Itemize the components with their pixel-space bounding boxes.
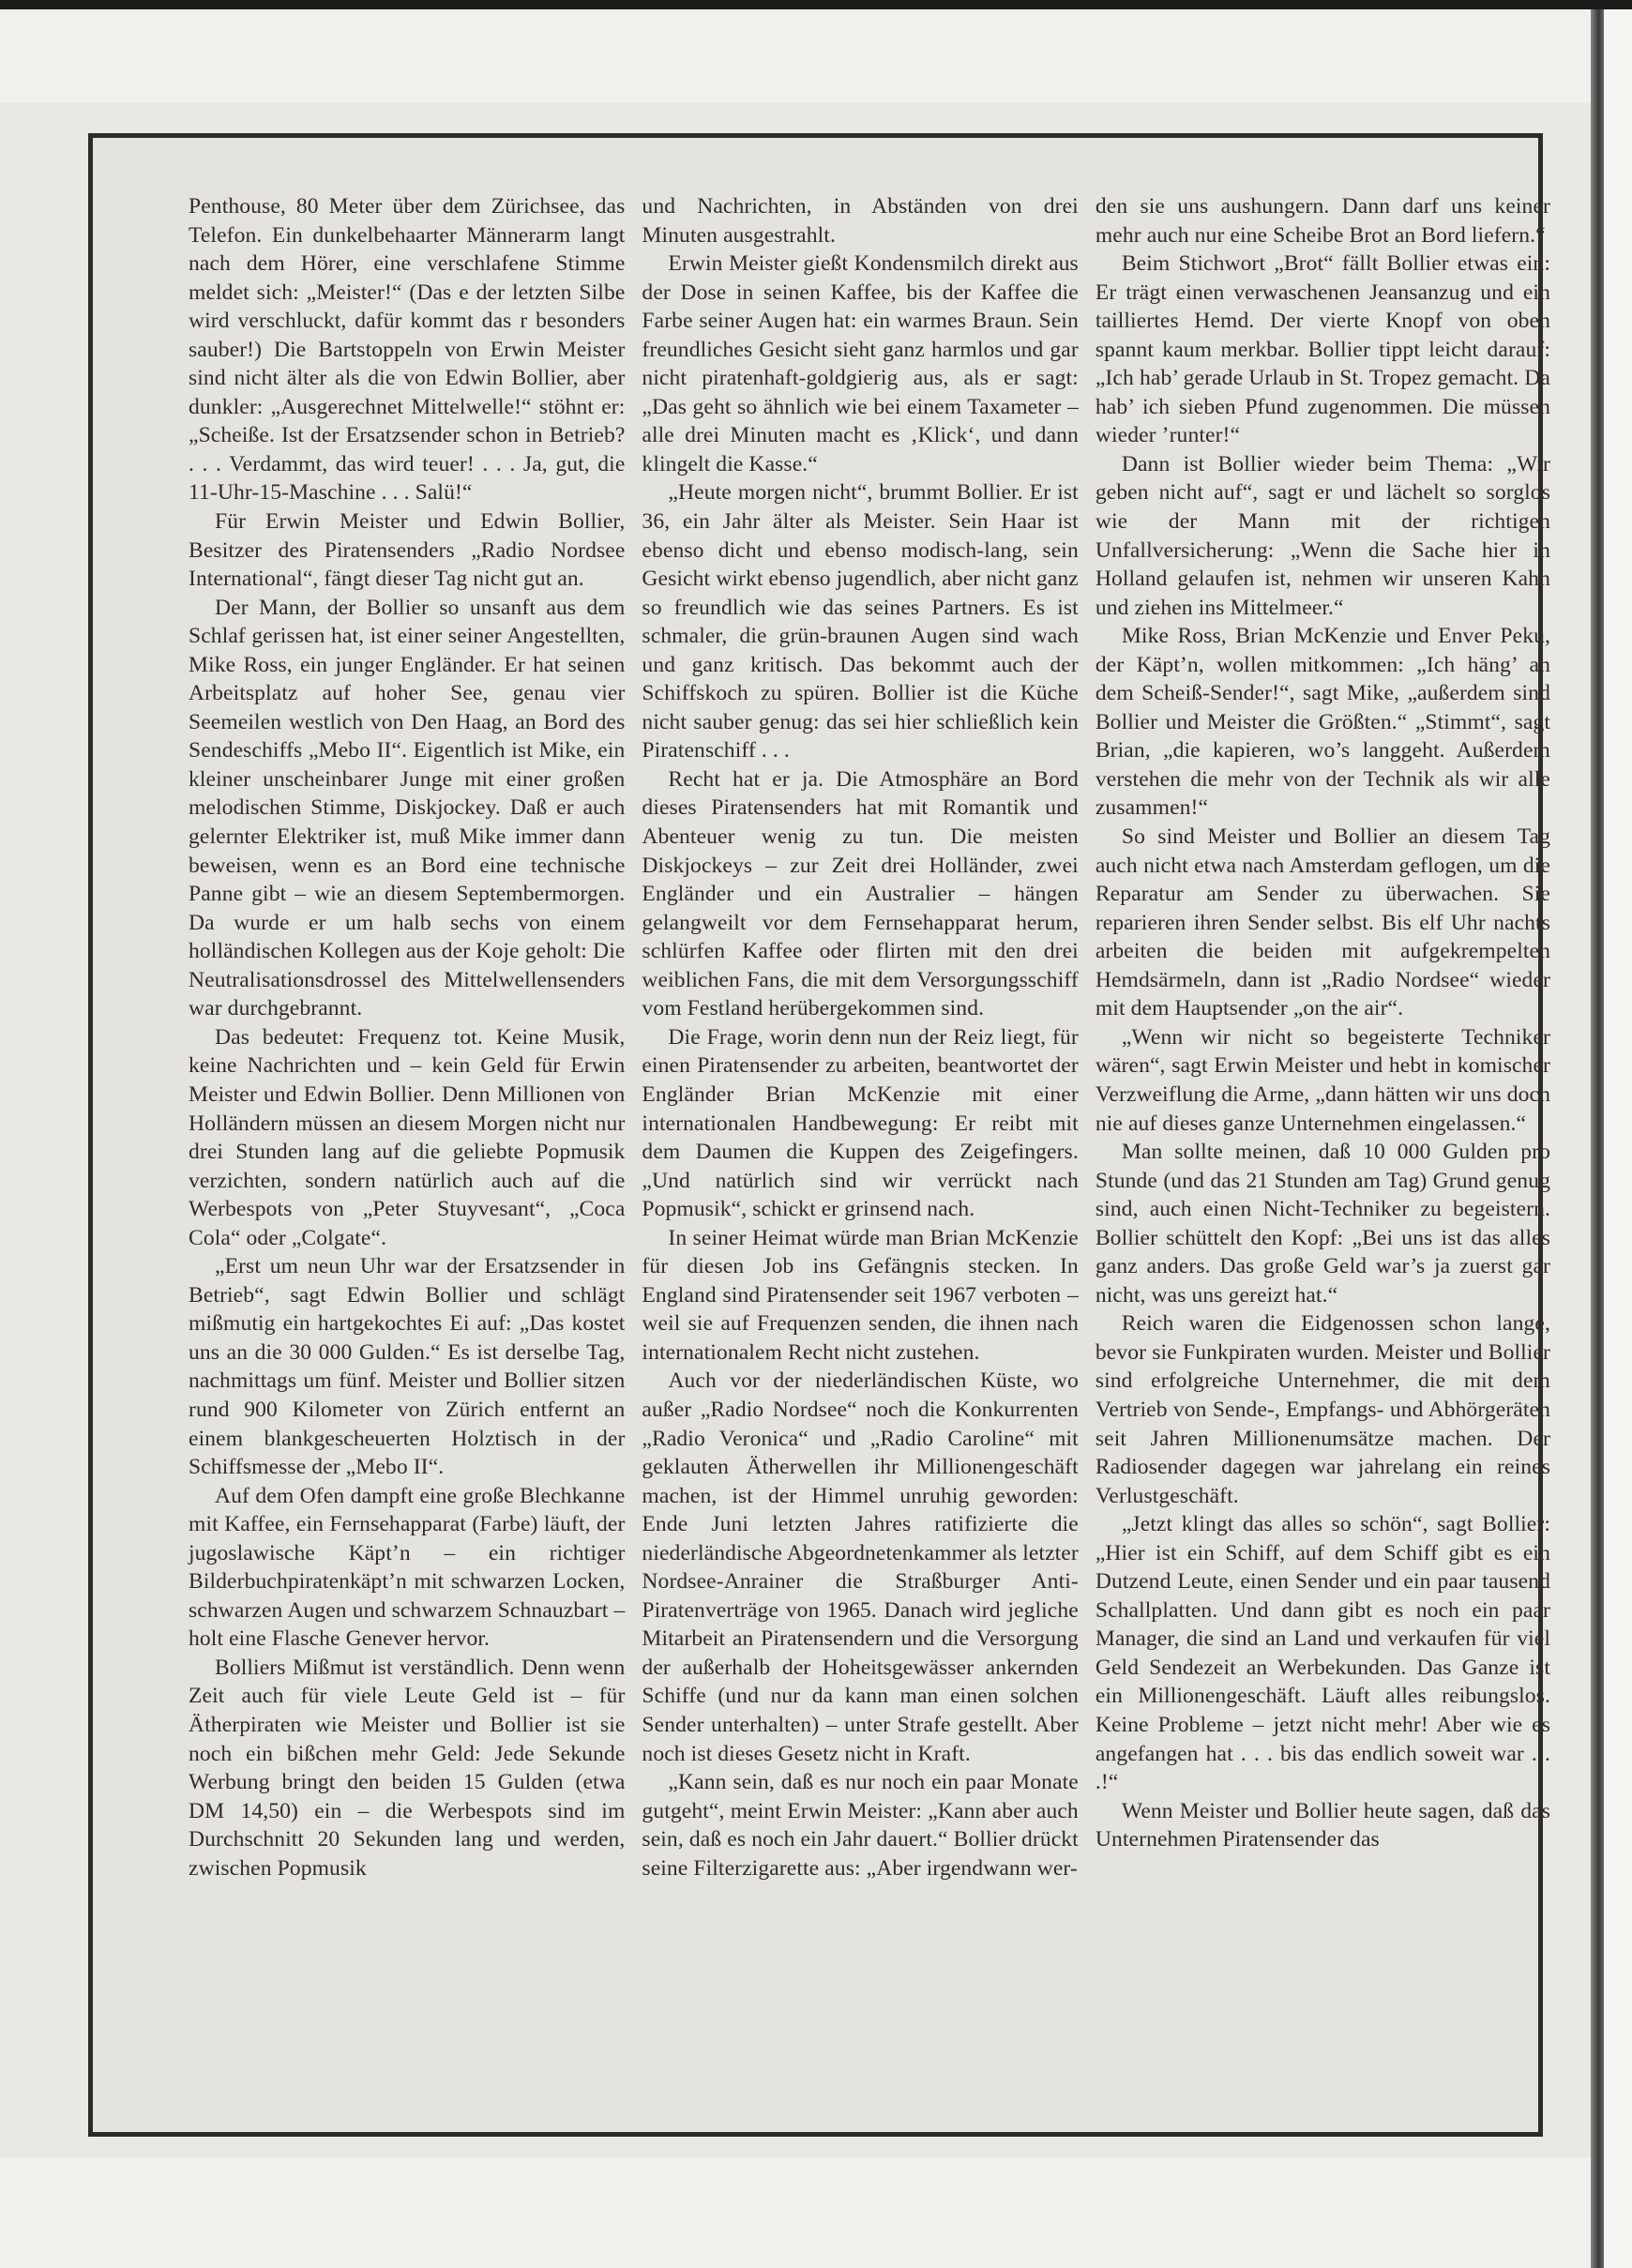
- column-2: und Nachrichten, in Abständen von drei M…: [642, 192, 1078, 2124]
- paragraph: „Jetzt klingt das alles so schön“, sagt …: [1096, 1510, 1550, 1796]
- article-body: Penthouse, 80 Meter über dem Zürichsee, …: [189, 192, 1550, 2124]
- paragraph: und Nachrichten, in Abständen von drei M…: [642, 192, 1078, 249]
- paragraph: „Heute morgen nicht“, brummt Bollier. Er…: [642, 478, 1078, 764]
- paragraph: In seiner Heimat würde man Brian McKenzi…: [642, 1224, 1078, 1368]
- paragraph: Recht hat er ja. Die Atmosphäre an Bord …: [642, 765, 1078, 1023]
- paragraph: Der Mann, der Bollier so unsanft aus dem…: [189, 594, 625, 1023]
- paragraph: Die Frage, worin denn nun der Reiz liegt…: [642, 1023, 1078, 1224]
- paragraph: Man sollte meinen, daß 10 000 Gulden pro…: [1096, 1138, 1550, 1309]
- paragraph: Beim Stichwort „Brot“ fällt Bollier etwa…: [1096, 249, 1550, 450]
- paragraph: Penthouse, 80 Meter über dem Zürichsee, …: [189, 192, 625, 507]
- next-page-edge: [1604, 9, 1632, 2268]
- paragraph: Dann ist Bollier wieder beim Thema: „Wir…: [1096, 450, 1550, 622]
- column-3: den sie uns aushungern. Dann darf uns ke…: [1096, 192, 1550, 2124]
- paragraph: „Wenn wir nicht so begeisterte Techniker…: [1096, 1023, 1550, 1138]
- paragraph: Mike Ross, Brian McKenzie und Enver Peku…: [1096, 622, 1550, 823]
- page-margin-top: [0, 9, 1594, 103]
- paragraph: „Kann sein, daß es nur noch ein paar Mon…: [642, 1768, 1078, 1882]
- scan-top-edge: [0, 0, 1632, 9]
- paragraph: So sind Meister und Bollier an diesem Ta…: [1096, 823, 1550, 1023]
- paragraph: Auf dem Ofen dampft eine große Blechkann…: [189, 1482, 625, 1654]
- paragraph: Für Erwin Meister und Edwin Bollier, Bes…: [189, 507, 625, 594]
- paragraph: Bolliers Mißmut ist verständlich. Denn w…: [189, 1654, 625, 1882]
- paragraph: Auch vor der niederländischen Küste, wo …: [642, 1367, 1078, 1768]
- paragraph: Das bedeutet: Frequenz tot. Keine Musik,…: [189, 1023, 625, 1252]
- paragraph: Erwin Meister gießt Kondensmilch direkt …: [642, 249, 1078, 478]
- paragraph: Reich waren die Eidgenossen schon lange,…: [1096, 1309, 1550, 1510]
- paragraph: Wenn Meister und Bollier heute sagen, da…: [1096, 1797, 1550, 1854]
- binding-shadow: [1591, 9, 1604, 2268]
- paragraph: den sie uns aushungern. Dann darf uns ke…: [1096, 192, 1550, 249]
- page-margin-bottom: [0, 2157, 1594, 2268]
- column-1: Penthouse, 80 Meter über dem Zürichsee, …: [189, 192, 625, 2124]
- paragraph: „Erst um neun Uhr war der Ersatzsender i…: [189, 1252, 625, 1481]
